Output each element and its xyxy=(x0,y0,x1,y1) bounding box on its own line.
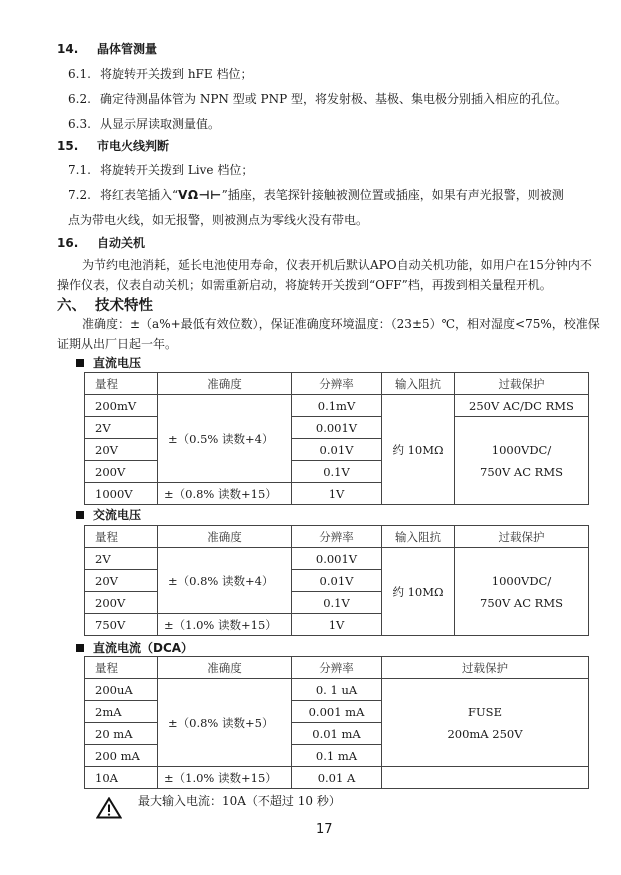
bullet-square-icon xyxy=(76,511,84,519)
step-number: 6.1. xyxy=(68,67,100,81)
auto-off-paragraph-line-2: 操作仪表，仪表自动关机；如需重新启动，将旋转开关拨到“OFF”档，再拨到相关量程… xyxy=(57,276,552,293)
page-number: 17 xyxy=(316,822,333,837)
accuracy-paragraph-line-2: 证期从出厂日起一年。 xyxy=(57,335,177,352)
section-16-heading: 16.自动关机 xyxy=(57,234,145,251)
cell-range: 2mA xyxy=(85,701,158,723)
step-number: 7.2. xyxy=(68,188,100,202)
step-text: 从显示屏读取测量值。 xyxy=(100,117,220,131)
cell-resolution: 0.1V xyxy=(292,592,382,614)
cell-impedance: 约 10MΩ xyxy=(382,548,455,636)
dca-subheading: 直流电流（DCA） xyxy=(76,639,193,656)
header-range: 量程 xyxy=(85,373,158,395)
step-text: 将红表笔插入“ xyxy=(100,188,178,202)
header-protection: 过载保护 xyxy=(382,657,589,679)
cell-range: 200mV xyxy=(85,395,158,417)
bullet-square-icon xyxy=(76,644,84,652)
table-row: 2V ±（0.8% 读数+4） 0.001V 约 10MΩ 1000VDC/ 7… xyxy=(85,548,589,570)
step-number: 6.3. xyxy=(68,117,100,131)
cell-accuracy: ±（1.0% 读数+15） xyxy=(158,614,292,636)
section-14-heading: 14.晶体管测量 xyxy=(57,40,157,57)
warning-triangle-icon xyxy=(96,797,122,819)
header-accuracy: 准确度 xyxy=(158,373,292,395)
cell-accuracy: ±（0.8% 读数+5） xyxy=(158,679,292,767)
step-number: 6.2. xyxy=(68,92,100,106)
cell-resolution: 0. 1 uA xyxy=(292,679,382,701)
cell-resolution: 0.001V xyxy=(292,417,382,439)
header-protection: 过载保护 xyxy=(455,526,589,548)
acv-table: 量程 准确度 分辨率 输入阻抗 过载保护 2V ±（0.8% 读数+4） 0.0… xyxy=(84,525,589,636)
table-header-row: 量程 准确度 分辨率 输入阻抗 过载保护 xyxy=(85,373,589,395)
cell-resolution: 0.01 mA xyxy=(292,723,382,745)
protection-line: 1000VDC/ xyxy=(455,439,588,461)
dca-table: 量程 准确度 分辨率 过载保护 200uA ±（0.8% 读数+5） 0. 1 … xyxy=(84,656,589,789)
header-resolution: 分辨率 xyxy=(292,526,382,548)
protection-line: FUSE xyxy=(382,701,588,723)
subheading-title: 交流电压 xyxy=(93,508,141,522)
cell-resolution: 0.1mV xyxy=(292,395,382,417)
step-text: 确定待测晶体管为 NPN 型或 PNP 型，将发射极、基极、集电极分别插入相应的… xyxy=(100,92,567,106)
header-accuracy: 准确度 xyxy=(158,657,292,679)
header-range: 量程 xyxy=(85,657,158,679)
cell-protection: 1000VDC/ 750V AC RMS xyxy=(455,417,589,505)
cell-accuracy: ±（0.8% 读数+15） xyxy=(158,483,292,505)
cell-range: 20V xyxy=(85,439,158,461)
table-header-row: 量程 准确度 分辨率 过载保护 xyxy=(85,657,589,679)
bullet-square-icon xyxy=(76,359,84,367)
header-impedance: 输入阻抗 xyxy=(382,373,455,395)
cell-resolution: 0.1V xyxy=(292,461,382,483)
step-7-2: 7.2.将红表笔插入“VΩ⊣⊢”插座，表笔探针接触被测位置或插座，如果有声光报警… xyxy=(68,186,564,203)
header-range: 量程 xyxy=(85,526,158,548)
cell-resolution: 0.1 mA xyxy=(292,745,382,767)
subheading-title: 直流电流（DCA） xyxy=(93,641,193,655)
subheading-title: 直流电压 xyxy=(93,356,141,370)
protection-line: 750V AC RMS xyxy=(455,461,588,483)
v-ohm-socket-icon: VΩ⊣⊢ xyxy=(178,188,221,202)
section-title: 自动关机 xyxy=(97,236,145,250)
header-resolution: 分辨率 xyxy=(292,657,382,679)
cell-protection: FUSE 200mA 250V xyxy=(382,679,589,767)
cell-impedance: 约 10MΩ xyxy=(382,395,455,505)
section-number: 15. xyxy=(57,139,97,153)
cell-resolution: 1V xyxy=(292,614,382,636)
cell-accuracy: ±（0.5% 读数+4） xyxy=(158,395,292,483)
cell-resolution: 0.001V xyxy=(292,548,382,570)
protection-line: 750V AC RMS xyxy=(455,592,588,614)
cell-resolution: 0.01 A xyxy=(292,767,382,789)
cell-range: 2V xyxy=(85,417,158,439)
cell-resolution: 0.01V xyxy=(292,570,382,592)
chapter-title: 技术特性 xyxy=(95,298,153,314)
acv-subheading: 交流电压 xyxy=(76,506,141,523)
cell-resolution: 0.01V xyxy=(292,439,382,461)
cell-accuracy: ±（1.0% 读数+15） xyxy=(158,767,292,789)
step-text: ”插座，表笔探针接触被测位置或插座，如果有声光报警，则被测 xyxy=(222,188,564,202)
section-title: 晶体管测量 xyxy=(97,42,157,56)
cell-range: 750V xyxy=(85,614,158,636)
step-7-2-continuation: 点为带电火线，如无报警，则被测点为零线火没有带电。 xyxy=(68,211,368,228)
accuracy-paragraph-line-1: 准确度：±（a%+最低有效位数），保证准确度环境温度：（23±5）℃，相对湿度<… xyxy=(82,315,600,332)
header-resolution: 分辨率 xyxy=(292,373,382,395)
dcv-subheading: 直流电压 xyxy=(76,354,141,371)
step-6-1: 6.1.将旋转开关拨到 hFE 档位； xyxy=(68,65,252,82)
cell-range: 1000V xyxy=(85,483,158,505)
cell-range: 200V xyxy=(85,592,158,614)
cell-range: 200 mA xyxy=(85,745,158,767)
header-protection: 过载保护 xyxy=(455,373,589,395)
chapter-number: 六、 xyxy=(57,294,95,315)
cell-range: 200V xyxy=(85,461,158,483)
section-15-heading: 15.市电火线判断 xyxy=(57,137,169,154)
cell-range: 20V xyxy=(85,570,158,592)
cell-range: 2V xyxy=(85,548,158,570)
dcv-table: 量程 准确度 分辨率 输入阻抗 过载保护 200mV ±（0.5% 读数+4） … xyxy=(84,372,589,505)
auto-off-paragraph-line-1: 为节约电池消耗，延长电池使用寿命，仪表开机后默认APO自动关机功能，如用户在15… xyxy=(82,256,592,273)
max-current-note: 最大输入电流：10A（不超过 10 秒） xyxy=(138,792,341,809)
table-header-row: 量程 准确度 分辨率 输入阻抗 过载保护 xyxy=(85,526,589,548)
table-row: 200uA ±（0.8% 读数+5） 0. 1 uA FUSE 200mA 25… xyxy=(85,679,589,701)
step-text: 将旋转开关拨到 hFE 档位； xyxy=(100,67,252,81)
section-number: 14. xyxy=(57,42,97,56)
table-row: 200mV ±（0.5% 读数+4） 0.1mV 约 10MΩ 250V AC/… xyxy=(85,395,589,417)
cell-range: 20 mA xyxy=(85,723,158,745)
protection-line: 1000VDC/ xyxy=(455,570,588,592)
step-number: 7.1. xyxy=(68,163,100,177)
cell-accuracy: ±（0.8% 读数+4） xyxy=(158,548,292,614)
chapter-6-heading: 六、技术特性 xyxy=(57,294,153,315)
section-title: 市电火线判断 xyxy=(97,139,169,153)
step-7-1: 7.1.将旋转开关拨到 Live 档位； xyxy=(68,161,253,178)
cell-range: 10A xyxy=(85,767,158,789)
step-6-3: 6.3.从显示屏读取测量值。 xyxy=(68,115,220,132)
cell-protection xyxy=(382,767,589,789)
cell-protection: 1000VDC/ 750V AC RMS xyxy=(455,548,589,636)
cell-range: 200uA xyxy=(85,679,158,701)
step-6-2: 6.2.确定待测晶体管为 NPN 型或 PNP 型，将发射极、基极、集电极分别插… xyxy=(68,90,567,107)
protection-line: 200mA 250V xyxy=(382,723,588,745)
step-text: 将旋转开关拨到 Live 档位； xyxy=(100,163,253,177)
section-number: 16. xyxy=(57,236,97,250)
cell-resolution: 1V xyxy=(292,483,382,505)
header-accuracy: 准确度 xyxy=(158,526,292,548)
header-impedance: 输入阻抗 xyxy=(382,526,455,548)
cell-resolution: 0.001 mA xyxy=(292,701,382,723)
table-row: 10A ±（1.0% 读数+15） 0.01 A xyxy=(85,767,589,789)
cell-protection: 250V AC/DC RMS xyxy=(455,395,589,417)
